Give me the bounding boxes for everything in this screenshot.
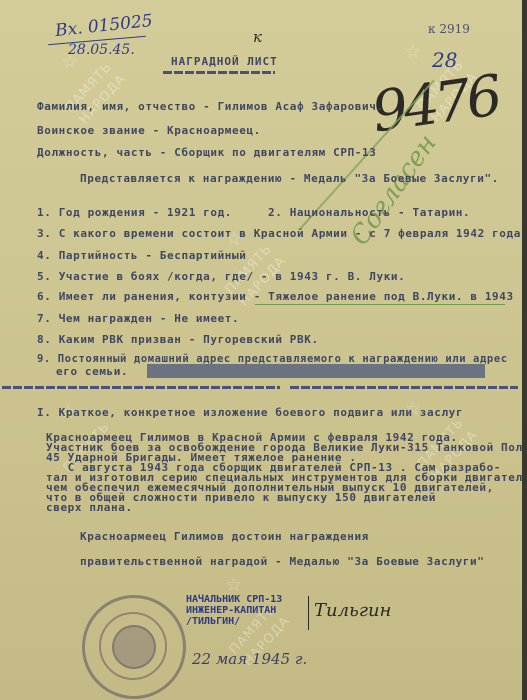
award-sheet-page: ☆ ПАМЯТЬ НАРОДА ☆ ПАМЯТЬ НАРОДА ☆ ПАМЯТЬ… — [0, 0, 522, 700]
title-underline — [163, 71, 275, 74]
field-position-unit: Должность, часть - Сборщик по двигателям… — [37, 146, 376, 159]
field-rank: Воинское звание - Красноармеец. — [37, 124, 261, 137]
section-divider-left — [2, 386, 280, 389]
item-combat: 5. Участие в боях /когда, где/ - в 1943 … — [37, 270, 405, 283]
signature-position-stamp: НАЧАЛЬНИК СРП-13ИНЖЕНЕР-КАПИТАН/ТИЛЬГИН/ — [186, 594, 282, 627]
merit-line: сверх плана. — [46, 503, 522, 513]
signature-bar — [308, 596, 309, 630]
handwritten-small-number: 28 — [432, 48, 457, 72]
item-birth-year: 1. Год рождения - 1921 год. — [37, 206, 232, 219]
item-address-continuation: его семьи. — [56, 365, 128, 378]
page-edge — [522, 0, 527, 700]
document-title: НАГРАДНОЙ ЛИСТ — [171, 55, 278, 68]
item-wounds: 6. Имеет ли ранения, контузии - Тяжелое … — [37, 290, 522, 303]
handwritten-number: 9476 — [368, 64, 502, 146]
item-nationality: 2. Национальность - Татарин. — [268, 206, 470, 219]
incoming-date: 28.05.45. — [68, 42, 135, 58]
item-awards: 7. Чем награжден - Не имеет. — [37, 312, 239, 325]
signature: Тильгин — [314, 600, 391, 621]
item-service-start: 3. С какого времени состоит в Красной Ар… — [37, 227, 522, 240]
title-mark: к — [253, 28, 262, 46]
conclusion-line: правительственной наградой - Медалью "За… — [80, 555, 484, 568]
signature-date: 22 мая 1945 г. — [192, 650, 307, 668]
item-party: 4. Партийность - Беспартийный — [37, 249, 246, 262]
official-seal — [82, 595, 186, 699]
conclusion-line: Красноармеец Гилимов достоин награждения — [80, 530, 369, 543]
merit-description: Красноармеец Гилимов в Красной Армии с ф… — [46, 433, 522, 513]
archive-number: к 2919 — [428, 22, 470, 36]
section-divider-right — [290, 386, 518, 389]
field-full-name: Фамилия, имя, отчество - Гилимов Асаф За… — [37, 100, 384, 113]
section-heading: I. Краткое, конкретное изложение боевого… — [37, 406, 463, 419]
nomination-line: Представляется к награждению - Медаль "З… — [80, 172, 499, 185]
redacted-address — [147, 364, 485, 378]
watermark-star-icon: ☆ — [405, 35, 421, 65]
item-conscription: 8. Каким РВК призван - Пугоревский РВК. — [37, 333, 319, 346]
green-underline — [255, 304, 505, 305]
